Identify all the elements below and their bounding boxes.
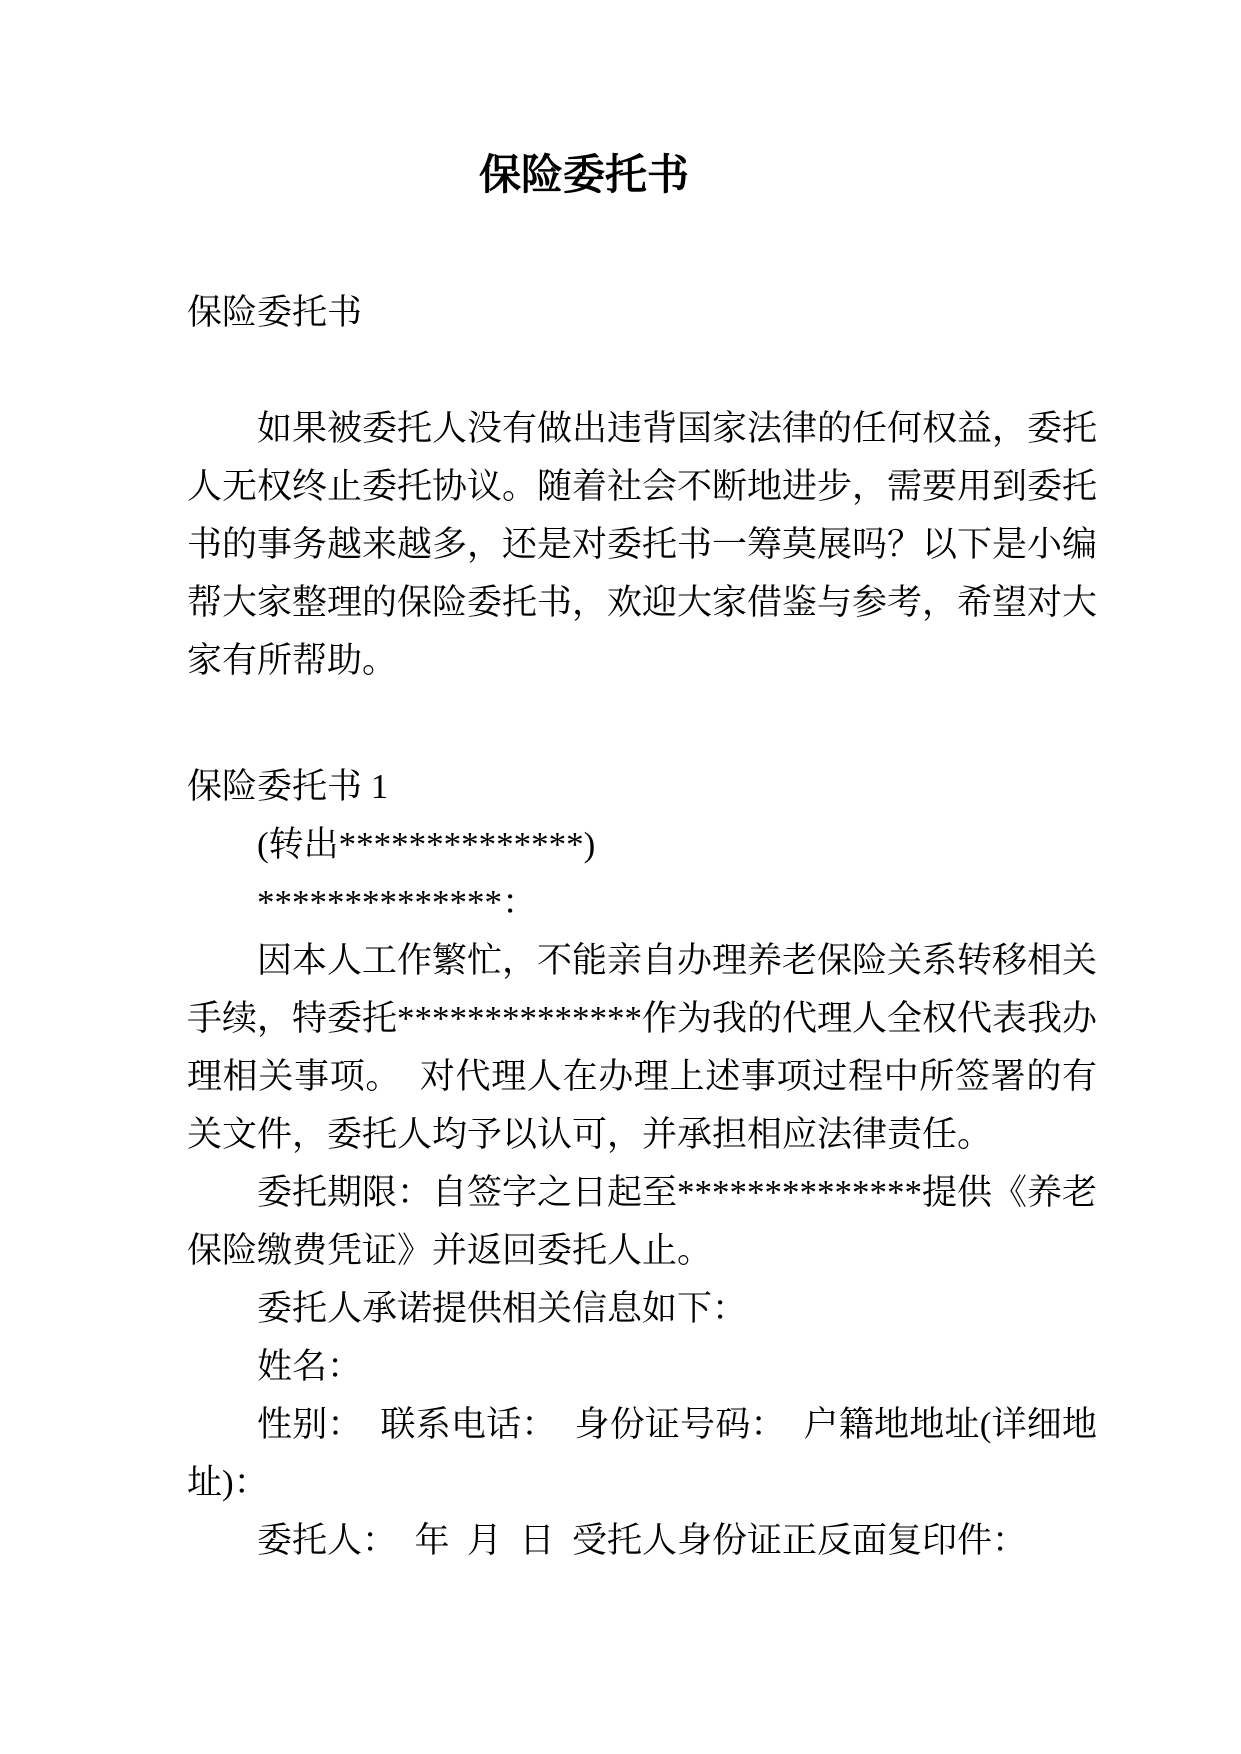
- name-field-line: 姓名：: [187, 1338, 1097, 1396]
- document-page: 保险委托书 保险委托书 如果被委托人没有做出违背国家法律的任何权益，委托人无权终…: [0, 0, 1241, 1754]
- authorization-body-paragraph: 因本人工作繁忙，不能亲自办理养老保险关系转移相关手续，特委托**********…: [187, 932, 1097, 1164]
- intro-paragraph: 如果被委托人没有做出违背国家法律的任何权益，委托人无权终止委托协议。随着社会不断…: [187, 400, 1097, 690]
- signature-date-line: 委托人： 年 月 日 受托人身份证正反面复印件：: [187, 1512, 1097, 1570]
- section-1-heading: 保险委托书 1: [187, 758, 1097, 816]
- addressee-placeholder-line: **************：: [187, 874, 1097, 932]
- promise-info-line: 委托人承诺提供相关信息如下：: [187, 1280, 1097, 1338]
- transfer-out-line: (转出**************): [187, 816, 1097, 874]
- document-title: 保险委托书: [129, 145, 1039, 207]
- personal-info-fields-line: 性别： 联系电话： 身份证号码： 户籍地地址(详细地址)：: [187, 1396, 1097, 1512]
- authorization-term-paragraph: 委托期限：自签字之日起至**************提供《养老保险缴费凭证》并返…: [187, 1164, 1097, 1280]
- document-subtitle: 保险委托书: [187, 284, 1097, 342]
